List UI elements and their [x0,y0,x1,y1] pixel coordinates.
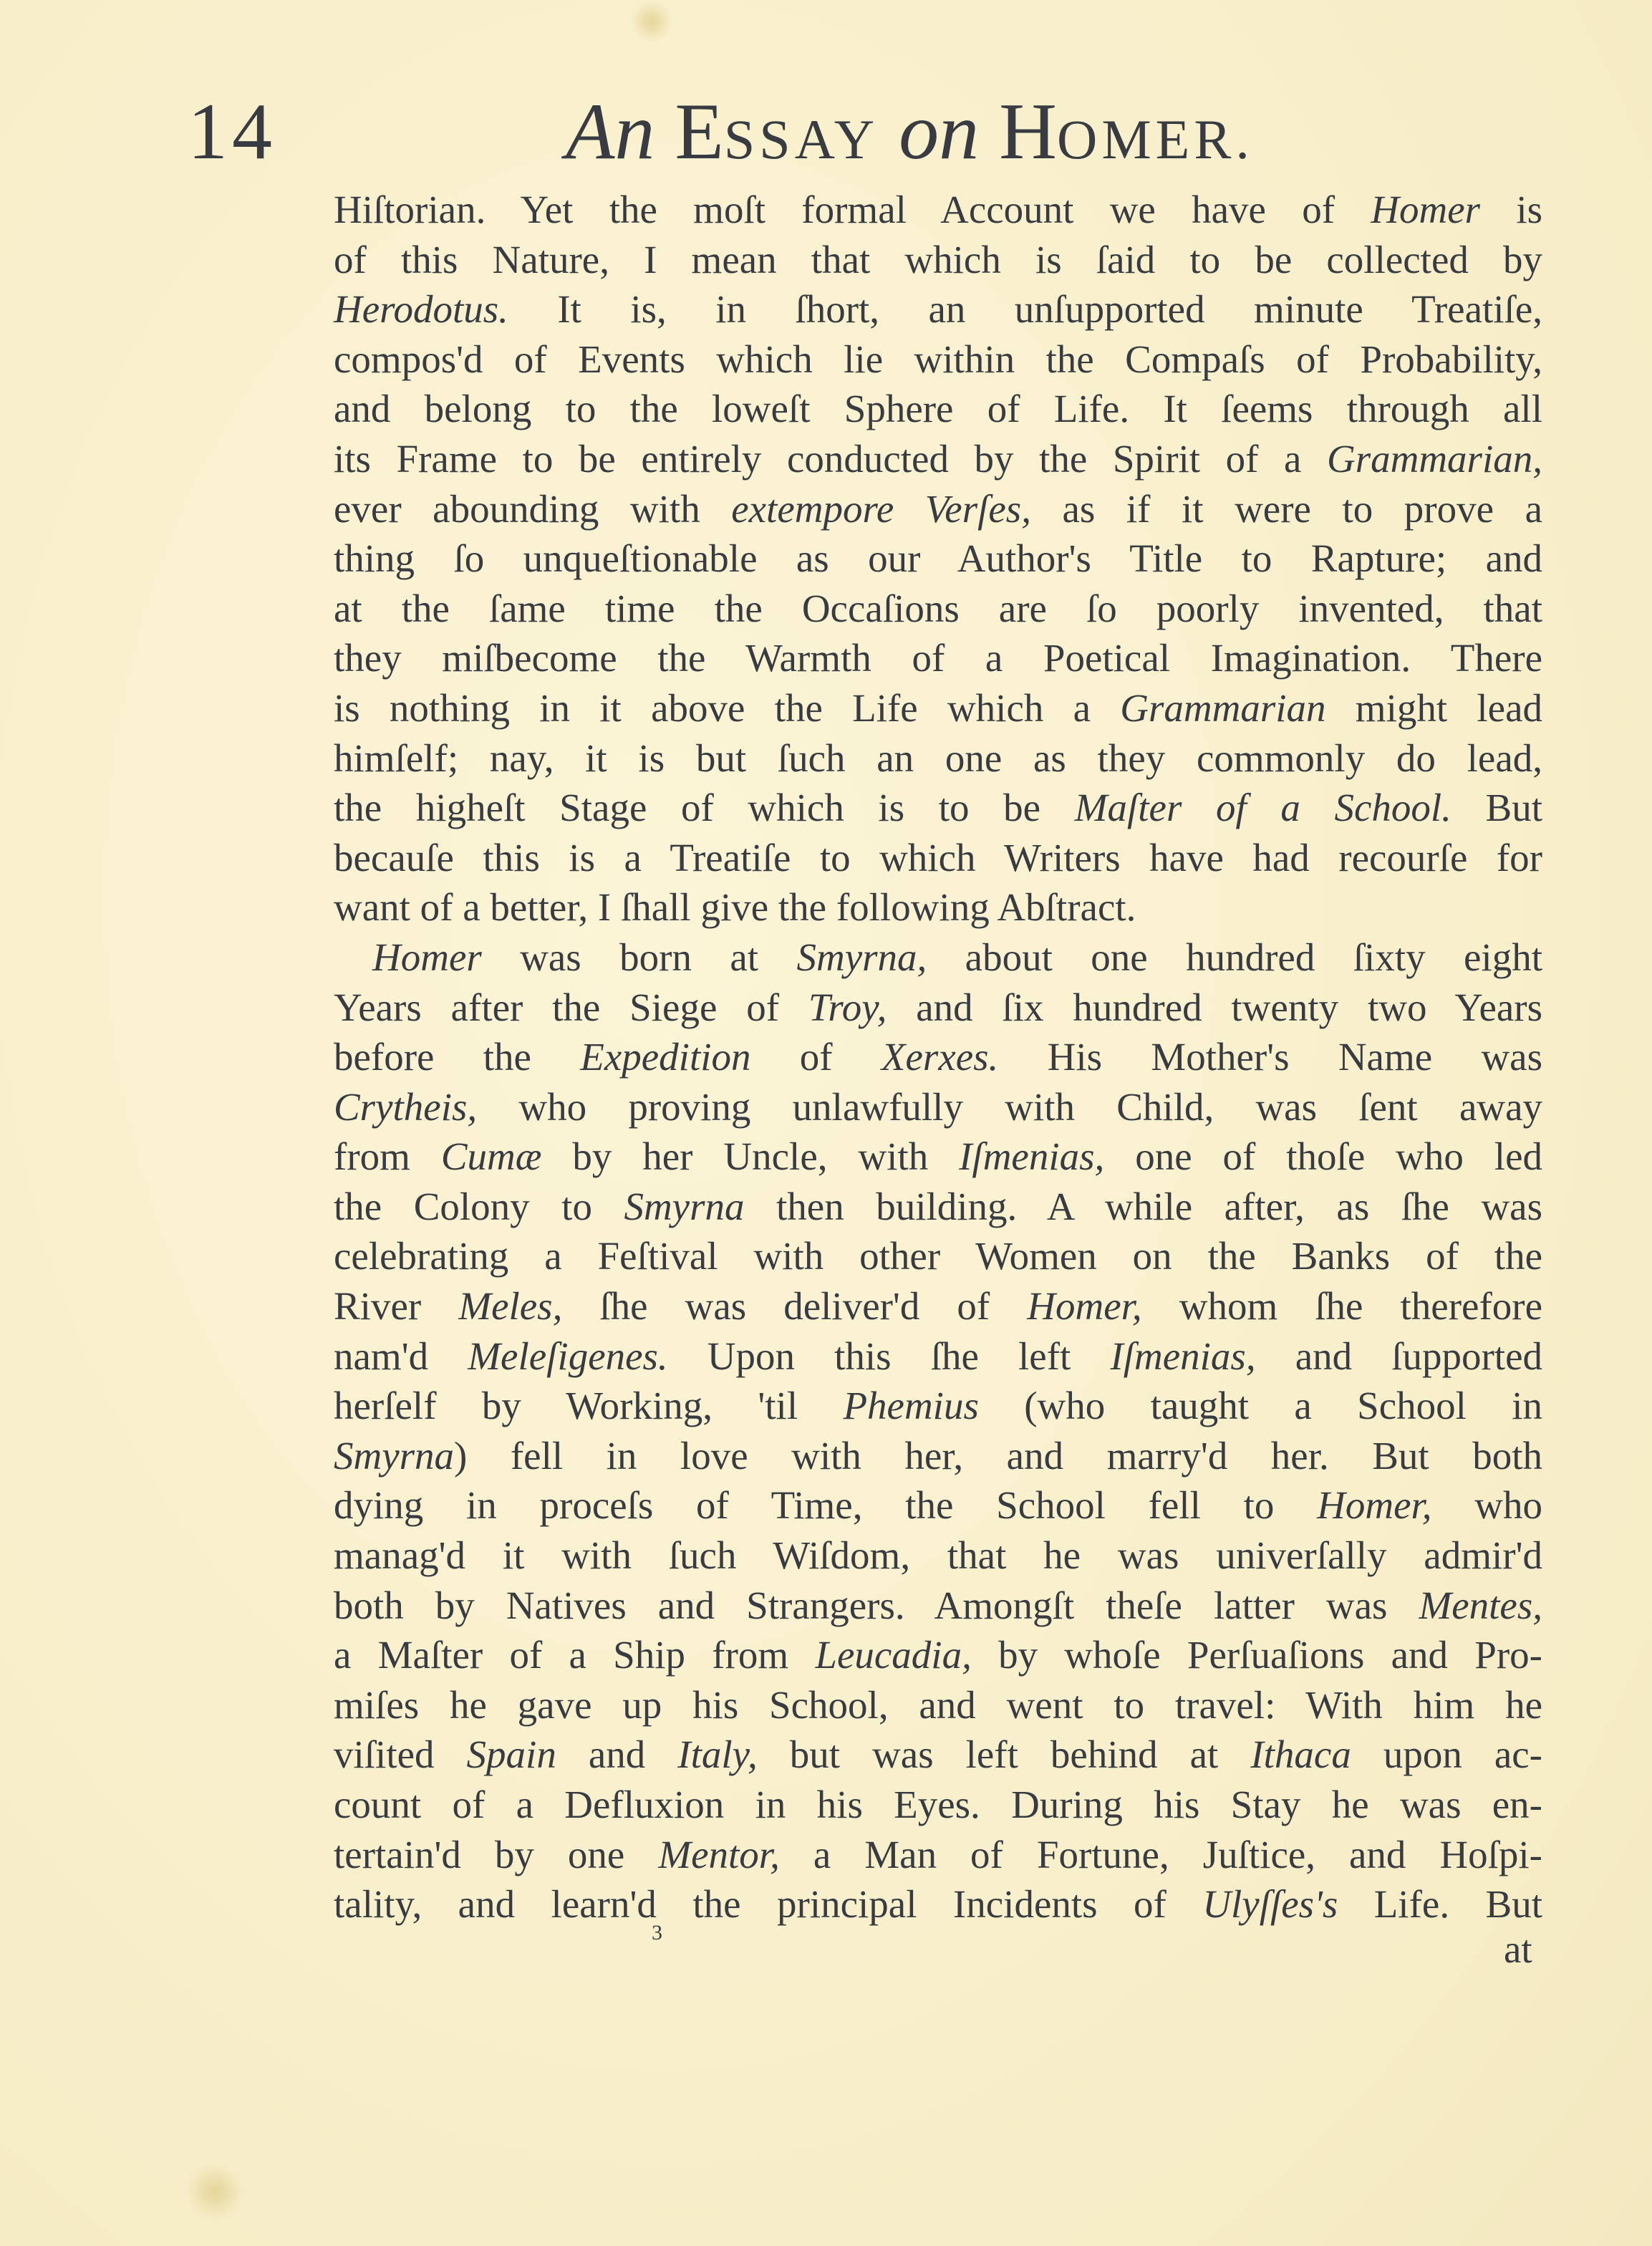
italic-segment: Iſmenias, [1110,1334,1255,1378]
text-line: tertain'd by one Mentor, a Man of Fortun… [334,1830,1542,1880]
italic-segment: Homer [372,935,482,979]
text-line: at the ſame time the Occaſions are ſo po… [334,584,1542,634]
text-line: both by Natives and Strangers. Amongſt t… [334,1581,1542,1631]
text-segment: its Frame to be entirely conducted by th… [334,437,1327,481]
text-segment: and ſupported [1256,1334,1542,1378]
text-line: want of a better, I ſhall give the follo… [334,882,1542,932]
text-line: ever abounding with extempore Verſes, as… [334,484,1542,534]
title-part: SSAY [724,108,879,170]
italic-segment: Italy, [677,1732,758,1776]
text-line: viſited Spain and Italy, but was left be… [334,1730,1542,1780]
text-line: its Frame to be entirely conducted by th… [334,434,1542,484]
title-part: OMER. [1057,108,1254,170]
text-segment: is [1480,188,1542,231]
text-segment: It is, in ſhort, an unſupported minute T… [508,287,1542,331]
text-segment: at the ſame time the Occaſions are ſo po… [334,587,1542,630]
text-segment: ) fell in love with her, and marry'd her… [454,1434,1542,1478]
text-segment: and [556,1732,677,1776]
italic-segment: Xerxes. [881,1035,998,1079]
italic-segment: Mentor, [658,1833,780,1876]
text-line: a Maſter of a Ship from Leucadia, by who… [334,1630,1542,1680]
text-segment: dying in proceſs of Time, the School fel… [334,1483,1317,1527]
text-segment: Years after the Siege of [334,985,808,1029]
text-line: miſes he gave up his School, and went to… [334,1680,1542,1730]
text-segment: (who taught a School in [979,1384,1542,1427]
italic-segment: Cumæ [441,1134,542,1178]
text-segment: and ſix hundred twenty two Years [887,985,1542,1029]
text-segment: a Man of Fortune, Juſtice, and Hoſpi- [780,1833,1542,1876]
text-line: count of a Defluxion in his Eyes. During… [334,1780,1542,1830]
text-line: tality, and learn'd the principal Incide… [334,1879,1542,1929]
text-line: himſelf; nay, it is but ſuch an one as t… [334,733,1542,784]
text-segment: ever abounding with [334,487,731,531]
text-segment: they miſbecome the Warmth of a Poetical … [334,636,1542,680]
text-segment: Hiſtorian. Yet the moſt formal Account w… [334,188,1371,231]
text-segment: who proving unlawfully with Child, was ſ… [477,1085,1542,1129]
text-line: Herodotus. It is, in ſhort, an unſupport… [334,284,1542,334]
italic-segment: Iſmenias, [959,1134,1104,1178]
text-line: of this Nature, I mean that which is ſai… [334,235,1542,285]
text-segment: of this Nature, I mean that which is ſai… [334,238,1542,281]
italic-segment: Spain [467,1732,556,1776]
text-segment: from [334,1134,441,1178]
text-segment: before the [334,1035,580,1079]
text-segment: the higheſt Stage of which is to be [334,786,1075,829]
title-part: E [654,87,723,176]
text-segment: thing ſo unqueſtionable as our Author's … [334,536,1542,580]
text-line: before the Expedition of Xerxes. His Mot… [334,1032,1542,1082]
text-segment: but was left behind at [758,1732,1251,1776]
text-segment: upon ac- [1351,1732,1542,1776]
text-segment: But [1451,786,1542,829]
text-segment: want of a better, I ſhall give the follo… [334,885,1136,929]
italic-segment: Troy, [808,985,887,1029]
catchword: at [1504,1927,1532,1972]
text-segment: tertain'd by one [334,1833,658,1876]
text-segment: Life. But [1338,1882,1542,1926]
text-line: herſelf by Working, 'til Phemius (who ta… [334,1381,1542,1431]
title-part: H [999,87,1057,176]
signature-mark: 3 [652,1921,662,1945]
text-line: compos'd of Events which lie within the … [334,334,1542,385]
title-part: An [566,87,654,176]
text-segment: the Colony to [334,1185,624,1228]
body-text: Hiſtorian. Yet the moſt formal Account w… [334,185,1542,1929]
text-segment: might lead [1326,686,1542,730]
text-segment: count of a Defluxion in his Eyes. During… [334,1783,1542,1826]
italic-segment: Expedition [580,1035,750,1079]
italic-segment: Meleſigenes. [468,1334,667,1378]
text-line: thing ſo unqueſtionable as our Author's … [334,534,1542,584]
text-segment: one of thoſe who led [1104,1134,1542,1178]
text-segment: becauſe this is a Treatiſe to which Writ… [334,836,1542,879]
text-line: Hiſtorian. Yet the moſt formal Account w… [334,185,1542,235]
text-line: Crytheis, who proving unlawfully with Ch… [334,1082,1542,1132]
text-segment: both by Natives and Strangers. Amongſt t… [334,1584,1419,1627]
text-segment: is nothing in it above the Life which a [334,686,1120,730]
italic-segment: Ithaca [1250,1732,1351,1776]
text-line: the higheſt Stage of which is to be Maſt… [334,783,1542,833]
text-line: nam'd Meleſigenes. Upon this ſhe left Iſ… [334,1331,1542,1382]
text-segment: ſhe was deliver'd of [562,1284,1027,1328]
text-segment: nam'd [334,1334,468,1378]
italic-segment: Homer [1371,188,1480,231]
text-segment: who [1432,1483,1542,1527]
text-segment: as if it were to prove a [1031,487,1542,531]
text-segment: by whoſe Perſuaſions and Pro- [972,1633,1542,1677]
text-segment: tality, and learn'd the principal Incide… [334,1882,1202,1926]
text-segment: Upon this ſhe left [668,1334,1111,1378]
text-segment: compos'd of Events which lie within the … [334,337,1542,381]
text-segment: and belong to the loweſt Sphere of Life.… [334,387,1542,430]
text-line: becauſe this is a Treatiſe to which Writ… [334,833,1542,883]
italic-segment: Phemius [843,1384,978,1427]
text-segment: miſes he gave up his School, and went to… [334,1683,1542,1727]
page-number: 14 [188,92,276,172]
text-line: they miſbecome the Warmth of a Poetical … [334,633,1542,683]
text-line: Years after the Siege of Troy, and ſix h… [334,983,1542,1033]
italic-segment: Homer, [1027,1284,1141,1328]
text-line: the Colony to Smyrna then building. A wh… [334,1182,1542,1232]
text-line: and belong to the loweſt Sphere of Life.… [334,384,1542,434]
italic-segment: Smyrna, [796,935,927,979]
text-segment: was born at [482,935,797,979]
text-segment: manag'd it with ſuch Wiſdom, that he was… [334,1533,1542,1577]
running-title: An ESSAY on HOMER. [566,92,1254,172]
italic-segment: Ulyſſes's [1202,1882,1338,1926]
text-line: manag'd it with ſuch Wiſdom, that he was… [334,1531,1542,1581]
text-line: River Meles, ſhe was deliver'd of Homer,… [334,1281,1542,1331]
text-segment: then building. A while after, as ſhe was [745,1185,1543,1228]
text-line: Homer was born at Smyrna, about one hund… [334,932,1542,983]
italic-segment: Grammarian [1120,686,1325,730]
italic-segment: Smyrna [334,1434,454,1478]
text-segment: of [751,1035,881,1079]
text-segment: himſelf; nay, it is but ſuch an one as t… [334,736,1542,780]
text-segment: by her Uncle, with [541,1134,959,1178]
italic-segment: Crytheis, [334,1085,477,1129]
text-segment: whom ſhe therefore [1142,1284,1542,1328]
italic-segment: Leucadia, [815,1633,971,1677]
text-line: dying in proceſs of Time, the School fel… [334,1480,1542,1531]
italic-segment: Herodotus. [334,287,508,331]
italic-segment: Grammarian, [1327,437,1542,481]
text-line: Smyrna) fell in love with her, and marry… [334,1431,1542,1481]
text-segment: about one hundred ſixty eight [927,935,1542,979]
title-part: on [879,87,999,176]
italic-segment: Maſter of a School. [1075,786,1451,829]
text-segment: viſited [334,1732,467,1776]
text-line: from Cumæ by her Uncle, with Iſmenias, o… [334,1132,1542,1182]
italic-segment: Mentes, [1419,1584,1542,1627]
text-segment: River [334,1284,458,1328]
italic-segment: extempore Verſes, [731,487,1031,531]
text-segment: a Maſter of a Ship from [334,1633,815,1677]
text-segment: celebrating a Feſtival with other Women … [334,1234,1542,1278]
text-line: is nothing in it above the Life which a … [334,683,1542,733]
text-segment: His Mother's Name was [998,1035,1542,1079]
text-line: celebrating a Feſtival with other Women … [334,1231,1542,1281]
italic-segment: Smyrna [624,1185,744,1228]
text-segment: herſelf by Working, 'til [334,1384,843,1427]
italic-segment: Homer, [1317,1483,1431,1527]
italic-segment: Meles, [458,1284,562,1328]
